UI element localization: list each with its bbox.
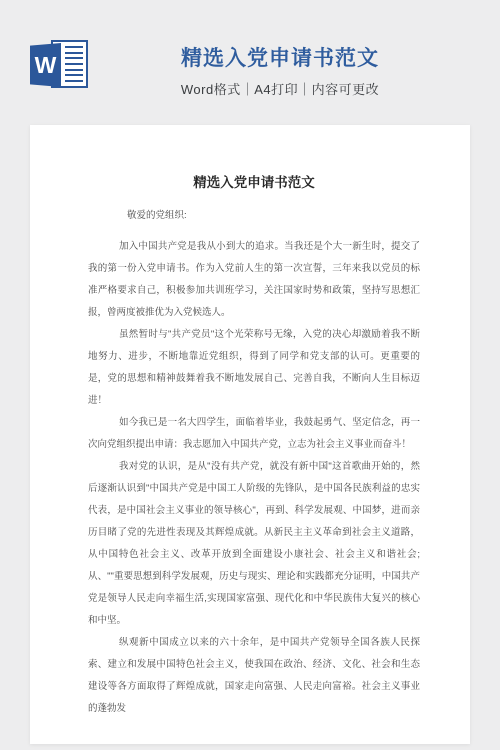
document-salutation: 敬爱的党组织: xyxy=(88,205,420,227)
document-paragraph: 虽然暂时与"共产党员"这个光荣称号无缘，入党的决心却激励着我不断地努力、进步，不… xyxy=(88,324,420,412)
word-icon-letter: W xyxy=(30,43,61,87)
document-paragraph: 加入中国共产党是我从小到大的追求。当我还是个大一新生时，提交了我的第一份入党申请… xyxy=(88,236,420,324)
header: W 精选入党申请书范文 Word格式｜A4打印｜内容可更改 xyxy=(0,0,500,125)
document-title: 精选入党申请书范文 xyxy=(88,175,420,191)
document-paragraph: 纵观新中国成立以来的六十余年，是中国共产党领导全国各族人民探索、建立和发展中国特… xyxy=(88,632,420,720)
template-preview: W 精选入党申请书范文 Word格式｜A4打印｜内容可更改 精选入党申请书范文 … xyxy=(0,0,500,750)
page-title: 精选入党申请书范文 xyxy=(90,42,470,72)
document-paragraph: 我对党的认识，是从"没有共产党，就没有新中国"这首歌曲开始的，然后逐渐认识到"中… xyxy=(88,456,420,632)
word-icon: W xyxy=(30,39,88,91)
header-text: 精选入党申请书范文 Word格式｜A4打印｜内容可更改 xyxy=(90,42,470,98)
document-paragraph: 如今我已是一名大四学生，面临着毕业，我鼓起勇气、坚定信念，再一次向党组织提出申请… xyxy=(88,412,420,456)
document-body: 加入中国共产党是我从小到大的追求。当我还是个大一新生时，提交了我的第一份入党申请… xyxy=(88,236,420,720)
document-page[interactable]: 精选入党申请书范文 敬爱的党组织: 加入中国共产党是我从小到大的追求。当我还是个… xyxy=(30,125,470,744)
page-subtitle: Word格式｜A4打印｜内容可更改 xyxy=(90,79,470,98)
